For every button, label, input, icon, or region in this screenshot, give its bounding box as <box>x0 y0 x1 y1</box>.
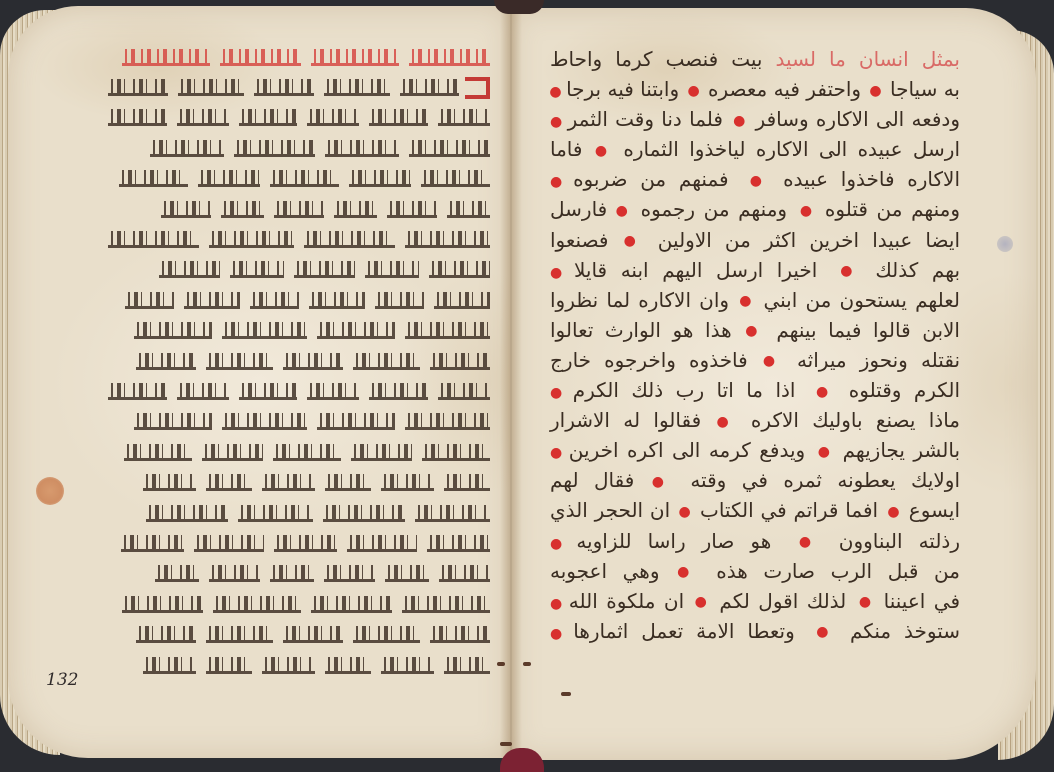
syriac-word <box>309 292 365 309</box>
syriac-word <box>317 322 395 339</box>
syriac-word <box>143 474 196 491</box>
syriac-word <box>150 140 224 157</box>
syriac-word <box>381 657 434 674</box>
syriac-word <box>430 353 490 370</box>
red-punctuation-dot: ● <box>708 414 738 430</box>
syriac-word <box>222 322 307 339</box>
syriac-word <box>159 261 220 278</box>
rubric-text: بمثل انسان ما لسيد <box>776 47 960 71</box>
red-punctuation-dot: ● <box>549 84 566 100</box>
syriac-word <box>134 322 212 339</box>
syriac-word <box>161 201 211 218</box>
arabic-line: بهم كذلك ● اخيرا ارسل اليهم ابنه قايلا ● <box>550 255 960 285</box>
syriac-word <box>447 201 490 218</box>
syriac-word <box>444 474 490 491</box>
syriac-word <box>369 109 428 126</box>
red-punctuation-dot: ● <box>589 143 613 159</box>
syriac-word <box>262 657 315 674</box>
manuscript-spread: 132 بمثل انسان ما لسيد بيت فنصب كرما واح… <box>0 0 1054 772</box>
syriac-word <box>124 444 192 461</box>
arabic-line: في اعيننا ● لذلك اقول لكم ● ان ملكوة الل… <box>550 586 960 616</box>
syriac-word <box>209 565 260 582</box>
syriac-line <box>98 650 490 680</box>
arabic-line: الابن قالوا فيما بينهم ● هذا هو الوارث ت… <box>550 315 960 345</box>
syriac-word <box>369 383 428 400</box>
syriac-word <box>238 505 313 522</box>
syriac-word <box>409 140 490 157</box>
red-punctuation-dot: ● <box>641 474 675 490</box>
syriac-word <box>134 413 212 430</box>
red-punctuation-dot: ● <box>831 263 862 279</box>
red-punctuation-dot: ● <box>808 624 837 640</box>
red-punctuation-dot: ● <box>885 504 902 520</box>
syriac-word <box>273 444 341 461</box>
syriac-word <box>400 79 460 96</box>
syriac-line <box>98 316 490 346</box>
syriac-word <box>351 444 412 461</box>
syriac-word <box>415 505 490 522</box>
syriac-line <box>98 528 490 558</box>
syriac-word <box>206 474 252 491</box>
red-punctuation-dot: ● <box>550 174 573 190</box>
syriac-word <box>421 170 490 187</box>
red-punctuation-dot: ● <box>738 323 765 339</box>
syriac-word <box>429 261 490 278</box>
syriac-word <box>317 413 395 430</box>
syriac-line <box>98 103 490 133</box>
syriac-word <box>427 535 490 552</box>
syriac-word <box>250 292 299 309</box>
binding-top <box>494 0 544 14</box>
arabic-line: بمثل انسان ما لسيد بيت فنصب كرما واحاط <box>550 44 960 74</box>
syriac-word <box>125 292 174 309</box>
syriac-line <box>98 407 490 437</box>
syriac-word <box>439 565 490 582</box>
syriac-word <box>349 170 411 187</box>
arabic-line: ايسوع ● افما قراتم في الكتاب ● ان الحجر … <box>550 495 960 525</box>
syriac-line <box>98 42 490 72</box>
arabic-line: ايضا عبيدا اخرين اكثر من الاولين ● فصنعو… <box>550 225 960 255</box>
syriac-word <box>222 413 307 430</box>
syriac-word <box>405 231 490 248</box>
red-punctuation-dot: ● <box>754 353 784 369</box>
red-punctuation-dot: ● <box>615 233 645 249</box>
syriac-word <box>119 170 188 187</box>
page-damage <box>497 662 505 666</box>
syriac-word <box>444 657 490 674</box>
syriac-word <box>347 535 417 552</box>
syriac-word <box>381 474 434 491</box>
arabic-text-block: بمثل انسان ما لسيد بيت فنصب كرما واحاطبه… <box>550 44 960 646</box>
syriac-word <box>353 353 420 370</box>
syriac-word <box>365 261 419 278</box>
syriac-word <box>213 596 301 613</box>
arabic-line: اولايك يعطونه ثمره في وقته ● فقال لهم <box>550 465 960 495</box>
syriac-line <box>98 467 490 497</box>
red-punctuation-dot: ● <box>814 444 834 460</box>
syriac-word <box>108 383 167 400</box>
syriac-word <box>311 49 399 66</box>
syriac-word <box>422 444 490 461</box>
syriac-word <box>122 596 203 613</box>
orange-stain <box>36 477 64 505</box>
syriac-word <box>274 201 324 218</box>
red-punctuation-dot: ● <box>808 384 836 400</box>
gutter <box>500 8 522 760</box>
syriac-word <box>184 292 240 309</box>
red-punctuation-dot: ● <box>741 173 770 189</box>
syriac-line <box>98 498 490 528</box>
syriac-word <box>239 109 298 126</box>
syriac-word <box>270 170 339 187</box>
folio-number: 132 <box>46 670 78 690</box>
syriac-word <box>323 505 405 522</box>
syriac-word <box>122 49 210 66</box>
red-punctuation-dot: ● <box>730 113 748 129</box>
syriac-word <box>270 565 314 582</box>
arabic-line: الكرم وقتلوه ● اذا ما اتا رب ذلك الكرم ● <box>550 375 960 405</box>
red-punctuation-dot: ● <box>550 114 568 130</box>
syriac-word <box>283 353 343 370</box>
syriac-word <box>274 535 337 552</box>
syriac-line <box>98 133 490 163</box>
syriac-word <box>325 657 371 674</box>
syriac-word <box>283 626 343 643</box>
syriac-line <box>98 224 490 254</box>
syriac-word <box>194 535 264 552</box>
rubric-initial <box>465 77 490 99</box>
syriac-word <box>239 383 298 400</box>
syriac-word <box>385 565 429 582</box>
syriac-word <box>254 79 314 96</box>
syriac-word <box>202 444 263 461</box>
syriac-word <box>438 109 490 126</box>
red-punctuation-dot: ● <box>693 594 711 610</box>
syriac-word <box>221 201 264 218</box>
syriac-word <box>307 109 359 126</box>
syriac-word <box>375 292 424 309</box>
syriac-word <box>143 657 196 674</box>
syriac-word <box>209 231 294 248</box>
red-punctuation-dot: ● <box>550 265 574 281</box>
red-punctuation-dot: ● <box>550 626 573 642</box>
syriac-line <box>98 285 490 315</box>
red-punctuation-dot: ● <box>666 564 701 580</box>
syriac-word <box>206 657 252 674</box>
red-punctuation-dot: ● <box>735 293 755 309</box>
page-damage <box>523 662 531 666</box>
arabic-line: نقتله ونحوز ميراثه ● فاخذوه واخرجوه خارج <box>550 345 960 375</box>
arabic-line: رذلته البناوون ● هو صار راسا للزاويه ● <box>550 526 960 556</box>
syriac-word <box>230 261 284 278</box>
arabic-line: لعلهم يستحون من ابني ● وان الاكاره لما ن… <box>550 285 960 315</box>
syriac-line <box>98 164 490 194</box>
red-punctuation-dot: ● <box>550 445 569 461</box>
red-punctuation-dot: ● <box>796 203 817 219</box>
syriac-line <box>98 589 490 619</box>
syriac-line <box>98 72 490 102</box>
arabic-line: من قبل الرب صارت هذه ● وهي اعجوبه <box>550 556 960 586</box>
syriac-word <box>136 626 196 643</box>
syriac-line <box>98 376 490 406</box>
page-damage <box>500 742 512 746</box>
syriac-word <box>409 49 490 66</box>
syriac-word <box>220 49 301 66</box>
syriac-line <box>98 255 490 285</box>
syriac-word <box>108 109 167 126</box>
red-punctuation-dot: ● <box>614 203 632 219</box>
red-punctuation-dot: ● <box>550 536 576 552</box>
syriac-word <box>155 565 199 582</box>
syriac-word <box>136 353 196 370</box>
syriac-word <box>234 140 315 157</box>
syriac-word <box>177 109 229 126</box>
syriac-word <box>108 231 199 248</box>
syriac-word <box>262 474 315 491</box>
syriac-word <box>307 383 359 400</box>
arabic-line: ستوخذ منكم ● وتعطا الامة تعمل اثمارها ● <box>550 616 960 646</box>
syriac-line <box>98 559 490 589</box>
arabic-line: ارسل عبيده الى الاكاره لياخذوا الثماره ●… <box>550 134 960 164</box>
syriac-word <box>108 79 168 96</box>
syriac-word <box>334 201 377 218</box>
syriac-word <box>294 261 355 278</box>
arabic-line: الاكاره فاخذوا عبيده ● فمنهم من ضربوه ● <box>550 164 960 194</box>
red-punctuation-dot: ● <box>787 534 823 550</box>
page-damage <box>561 692 571 696</box>
syriac-word <box>325 140 399 157</box>
syriac-word <box>430 626 490 643</box>
syriac-word <box>438 383 490 400</box>
syriac-word <box>206 626 273 643</box>
syriac-line <box>98 619 490 649</box>
syriac-word <box>324 565 375 582</box>
arabic-line: بالشر يجازيهم ● ويدفع كرمه الى اكره اخري… <box>550 435 960 465</box>
syriac-word <box>121 535 184 552</box>
syriac-word <box>324 79 390 96</box>
red-punctuation-dot: ● <box>677 504 694 520</box>
syriac-word <box>434 292 490 309</box>
red-punctuation-dot: ● <box>855 594 875 610</box>
syriac-word <box>311 596 392 613</box>
arabic-line: ومنهم من قتلوه ● ومنهم من رجموه ● فارسل <box>550 194 960 224</box>
syriac-line <box>98 194 490 224</box>
syriac-word <box>177 383 229 400</box>
arabic-line: ماذا يصنع باوليك الاكره ● فقالوا له الاش… <box>550 405 960 435</box>
syriac-word <box>178 79 244 96</box>
syriac-word <box>405 322 490 339</box>
syriac-text-block <box>98 42 490 680</box>
red-punctuation-dot: ● <box>550 385 573 401</box>
syriac-word <box>387 201 437 218</box>
syriac-line <box>98 346 490 376</box>
syriac-word <box>206 353 273 370</box>
syriac-word <box>402 596 490 613</box>
arabic-line: ودفعه الى الاكاره وسافر ● فلما دنا وقت ا… <box>550 104 960 134</box>
red-punctuation-dot: ● <box>550 596 569 612</box>
syriac-word <box>325 474 371 491</box>
syriac-word <box>146 505 228 522</box>
red-punctuation-dot: ● <box>685 83 701 99</box>
syriac-word <box>405 413 490 430</box>
syriac-word <box>198 170 260 187</box>
syriac-word <box>353 626 420 643</box>
syriac-word <box>304 231 395 248</box>
red-punctuation-dot: ● <box>867 83 883 99</box>
grey-stain <box>997 236 1013 252</box>
arabic-line: به سياجا ● واحتفر فيه معصره ● وابتنا فيه… <box>550 74 960 104</box>
syriac-line <box>98 437 490 467</box>
